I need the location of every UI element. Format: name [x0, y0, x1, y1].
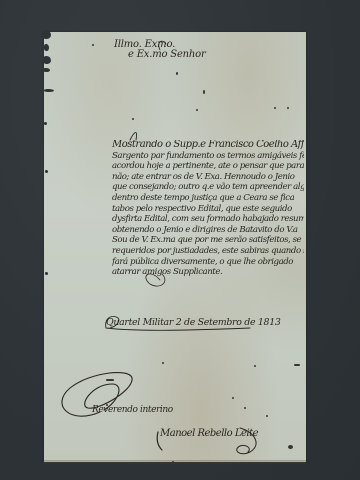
closing-line: Reverendo interino	[92, 405, 173, 415]
torn-edge-mark	[44, 89, 54, 92]
body-line: dysfirta Edital, com seu formado habajad…	[112, 214, 304, 225]
scan-background: Illmo. Exmo. e Ex.mo Senhor Mostrando o …	[0, 0, 360, 480]
date-line: Quartel Militar 2 de Setembro de 1813	[106, 317, 281, 328]
ink-spot	[244, 407, 246, 409]
ink-spot	[294, 364, 300, 366]
ink-spot	[132, 118, 134, 120]
torn-edge-mark	[44, 122, 47, 125]
body-line: Sargento par fundamento os termos amigáv…	[112, 151, 304, 162]
ink-spot	[232, 397, 234, 399]
ink-spot	[266, 415, 268, 417]
ink-spot	[287, 107, 289, 109]
ink-spot	[288, 445, 293, 449]
ink-spot	[106, 379, 114, 381]
torn-edge-mark	[45, 272, 48, 275]
body-line: não; ate entrar os de V. Exa. Hennoudo o…	[112, 172, 304, 183]
ink-spot	[196, 109, 198, 111]
salutation-header: Illmo. Exmo. e Ex.mo Senhor	[114, 40, 206, 60]
letter-body: Mostrando o Supp.e Francisco Coelho Affo…	[112, 140, 304, 278]
paper-bottom-edge	[44, 460, 306, 464]
body-line: dentro deste tempo justiça que a Ceara s…	[112, 193, 304, 204]
torn-edge-mark	[45, 170, 48, 173]
ink-spot	[176, 72, 178, 75]
signature: Manoel Rebello Leite	[160, 428, 258, 439]
ink-spot	[92, 44, 94, 46]
body-line: Mostrando o Supp.e Francisco Coelho Affo…	[112, 140, 304, 151]
ink-spot	[172, 461, 174, 463]
ink-spot	[254, 365, 256, 367]
body-line: acordou hoje a pertinente, ate o pensar …	[112, 161, 304, 172]
ink-spot	[203, 90, 205, 94]
torn-edge-mark	[44, 44, 49, 51]
torn-edge-mark	[43, 56, 51, 64]
ink-spot	[274, 107, 276, 109]
torn-edge-mark	[42, 30, 51, 39]
body-line: obtenendo o Jenio e dirigires de Batavit…	[112, 225, 304, 236]
body-line: Sou de V. Ex.ma que por me serão satisfe…	[112, 235, 304, 246]
body-line: que consejando; outro q.e vão tem apreen…	[112, 182, 304, 193]
body-line: fará pública diversamente, o que lhe obr…	[112, 257, 304, 268]
ink-spot	[162, 362, 164, 364]
torn-edge-mark	[43, 68, 50, 72]
salutation-line-2: e Ex.mo Senhor	[114, 50, 206, 60]
body-line: tabos pelo respectivo Edital, que este s…	[112, 204, 304, 215]
body-line: atarrar amigos Supplicante.	[112, 267, 304, 278]
body-line: requeridos por justiadades, este sabiras…	[112, 246, 304, 257]
